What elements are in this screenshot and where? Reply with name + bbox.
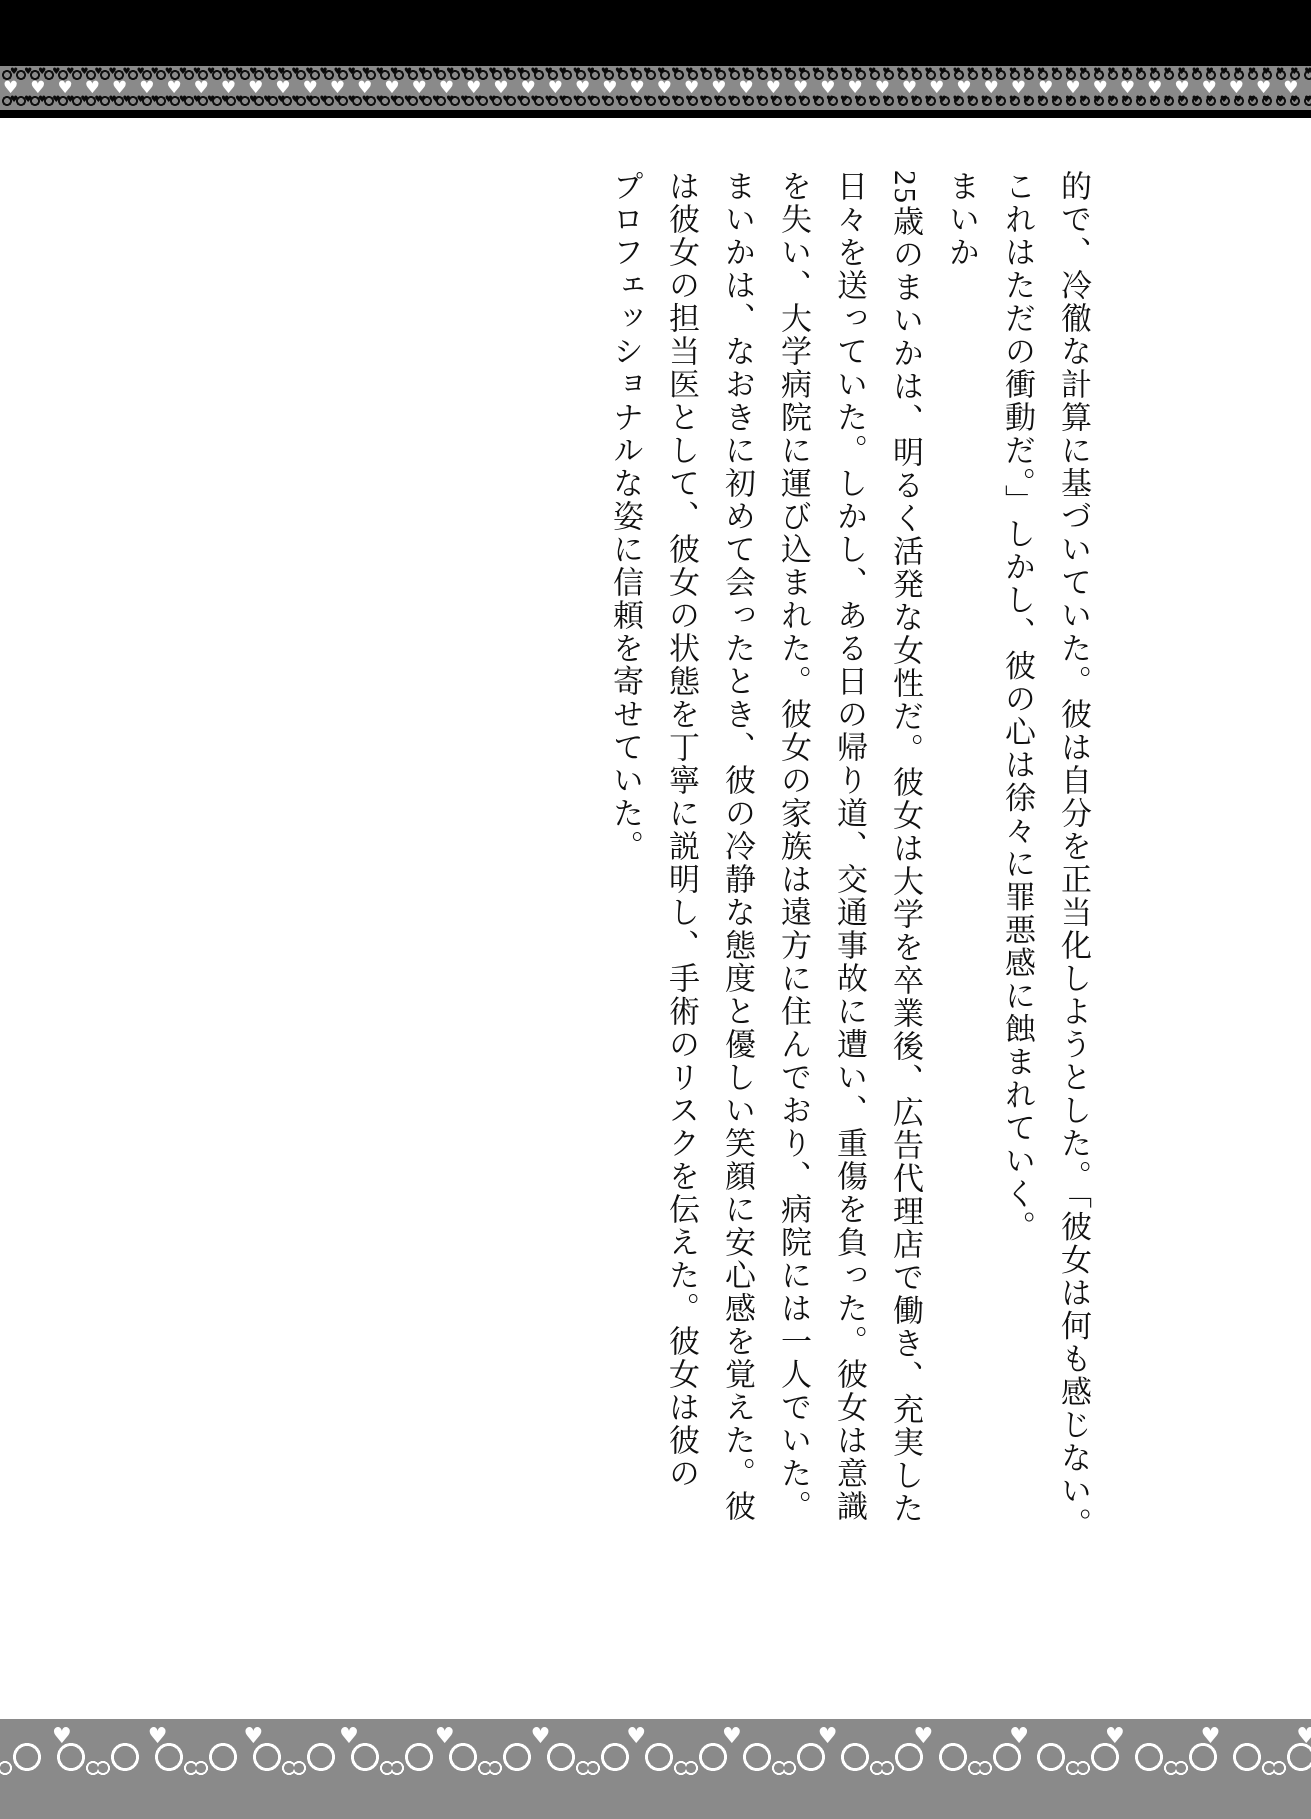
text-line: 25歳のまいかは、明るく活発な女性だ。彼女は大学を卒業後、広告代理店で働き、充実… xyxy=(877,170,933,1560)
top-border-ornament-strip: ♥♥♥♥♥♥♥♥♥♥♥♥♥♥♥♥♥♥♥♥♥♥♥♥♥♥♥♥♥♥♥♥♥♥♥♥♥♥♥♥… xyxy=(0,66,1311,114)
section-heading: まいか xyxy=(933,170,989,1560)
tiny-heart-icon-row-bottom: ♥♥♥♥♥♥♥♥♥♥♥♥♥♥♥♥♥♥♥♥♥♥♥♥♥♥♥♥♥♥♥♥♥♥♥♥♥♥♥♥… xyxy=(10,95,1311,107)
top-border: ♥♥♥♥♥♥♥♥♥♥♥♥♥♥♥♥♥♥♥♥♥♥♥♥♥♥♥♥♥♥♥♥♥♥♥♥♥♥♥♥… xyxy=(0,0,1311,118)
white-heart-icon-row-bottom: ♥♥♥♥♥♥♥♥♥♥♥♥♥♥ xyxy=(52,1724,1311,1750)
text-line: 的で、冷徹な計算に基づいていた。彼は自分を正当化しようとした。「彼女は何も感じな… xyxy=(1045,170,1101,1560)
text-line: まいかは、なおきに初めて会ったとき、彼の冷静な態度と優しい笑顔に安心感を覚えた。… xyxy=(709,170,765,1560)
bottom-border: ♥♥♥♥♥♥♥♥♥♥♥♥♥♥ xyxy=(0,1719,1311,1819)
text-line: これはただの衝動だ。」しかし、彼の心は徐々に罪悪感に蝕まれていく。 xyxy=(989,170,1045,1560)
paragraph-continuation: 的で、冷徹な計算に基づいていた。彼は自分を正当化しようとした。「彼女は何も感じな… xyxy=(989,170,1101,1560)
text-line: プロフェッショナルな姿に信頼を寄せていた。 xyxy=(597,170,653,1560)
text-line: 日々を送っていた。しかし、ある日の帰り道、交通事故に遭い、重傷を負った。彼女は意… xyxy=(821,170,877,1560)
text-line: を失い、大学病院に運び込まれた。彼女の家族は遠方に住んでおり、病院には一人でいた… xyxy=(765,170,821,1560)
paragraph-maika-naoki: まいかは、なおきに初めて会ったとき、彼の冷静な態度と優しい笑顔に安心感を覚えた。… xyxy=(597,170,765,1560)
page-text-block: 的で、冷徹な計算に基づいていた。彼は自分を正当化しようとした。「彼女は何も感じな… xyxy=(597,170,1101,1560)
paragraph-maika-intro: 25歳のまいかは、明るく活発な女性だ。彼女は大学を卒業後、広告代理店で働き、充実… xyxy=(765,170,933,1560)
ebook-page: ♥♥♥♥♥♥♥♥♥♥♥♥♥♥♥♥♥♥♥♥♥♥♥♥♥♥♥♥♥♥♥♥♥♥♥♥♥♥♥♥… xyxy=(0,0,1311,1819)
text-line: は彼女の担当医として、彼女の状態を丁寧に説明し、手術のリスクを伝えた。彼女は彼の xyxy=(653,170,709,1560)
